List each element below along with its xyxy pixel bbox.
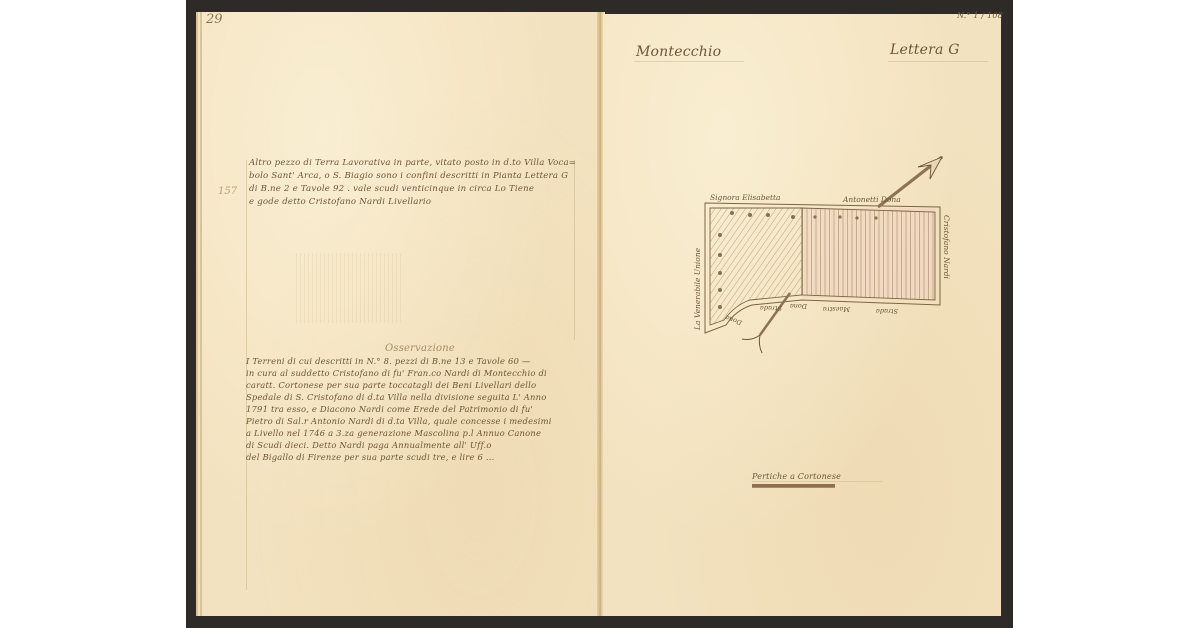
scale-bar	[752, 484, 835, 488]
observation-line-5: 1791 tra esso, e Diacono Nardi come Ered…	[246, 404, 533, 416]
map-label-top-right: Antonetti Dona	[842, 195, 901, 204]
entry-line-1: Altro pezzo di Terra Lavorativa in parte…	[249, 157, 576, 170]
map-label-bottom-3: Maestra	[823, 305, 851, 313]
letter-label-rule	[888, 61, 988, 62]
parcel-map: Signora Elisabetta Antonetti Dona La Ven…	[680, 145, 970, 360]
map-label-bottom-4: Strada	[876, 307, 898, 315]
folio-number: 29	[206, 12, 223, 27]
observation-line-1: I Terreni di cui descritti in N.° 8. pez…	[246, 356, 530, 368]
archive-mark: N.° 1 / 108	[957, 11, 1003, 20]
map-label-top-left: Signora Elisabetta	[710, 193, 780, 202]
margin-entry-number: 157	[218, 186, 237, 197]
faint-ruled-area	[296, 253, 401, 323]
entry-line-3: di B.ne 2 e Tavole 92 . vale scudi venti…	[249, 183, 534, 196]
map-label-bottom-1: Strada	[760, 304, 782, 312]
observation-line-3: caratt. Cortonese per sua parte toccatag…	[246, 380, 536, 392]
observation-line-6: Pietro di Sal.r Antonio Nardi di d.ta Vi…	[246, 416, 552, 428]
observation-line-9: del Bigallo di Firenze per sua parte scu…	[246, 452, 494, 464]
entry-line-2: bolo Sant' Arca, o S. Biagio sono i conf…	[249, 170, 568, 183]
letter-label: Lettera G	[890, 42, 960, 58]
map-label-bottom-2: Dona	[790, 302, 808, 310]
observation-line-4: Spedale di S. Cristofano di d.ta Villa n…	[246, 392, 546, 404]
observations-heading: Osservazione	[385, 343, 455, 354]
scale-rule	[752, 481, 882, 482]
place-name: Montecchio	[636, 44, 721, 60]
right-margin-rule	[574, 160, 575, 340]
scale-caption: Pertiche a Cortonese	[752, 472, 841, 481]
observation-line-8: di Scudi dieci. Detto Nardi paga Annualm…	[246, 440, 492, 452]
map-label-left: La Venerabile Unione	[693, 247, 702, 331]
place-name-rule	[634, 61, 744, 62]
observation-line-7: a Livello nel 1746 a 3.za generazione Ma…	[246, 428, 541, 440]
map-label-right: Cristofano Nardi	[942, 215, 951, 279]
entry-line-4: e gode detto Cristofano Nardi Livellario	[249, 196, 431, 209]
observation-line-2: in cura al suddetto Cristofano di fu' Fr…	[246, 368, 547, 380]
